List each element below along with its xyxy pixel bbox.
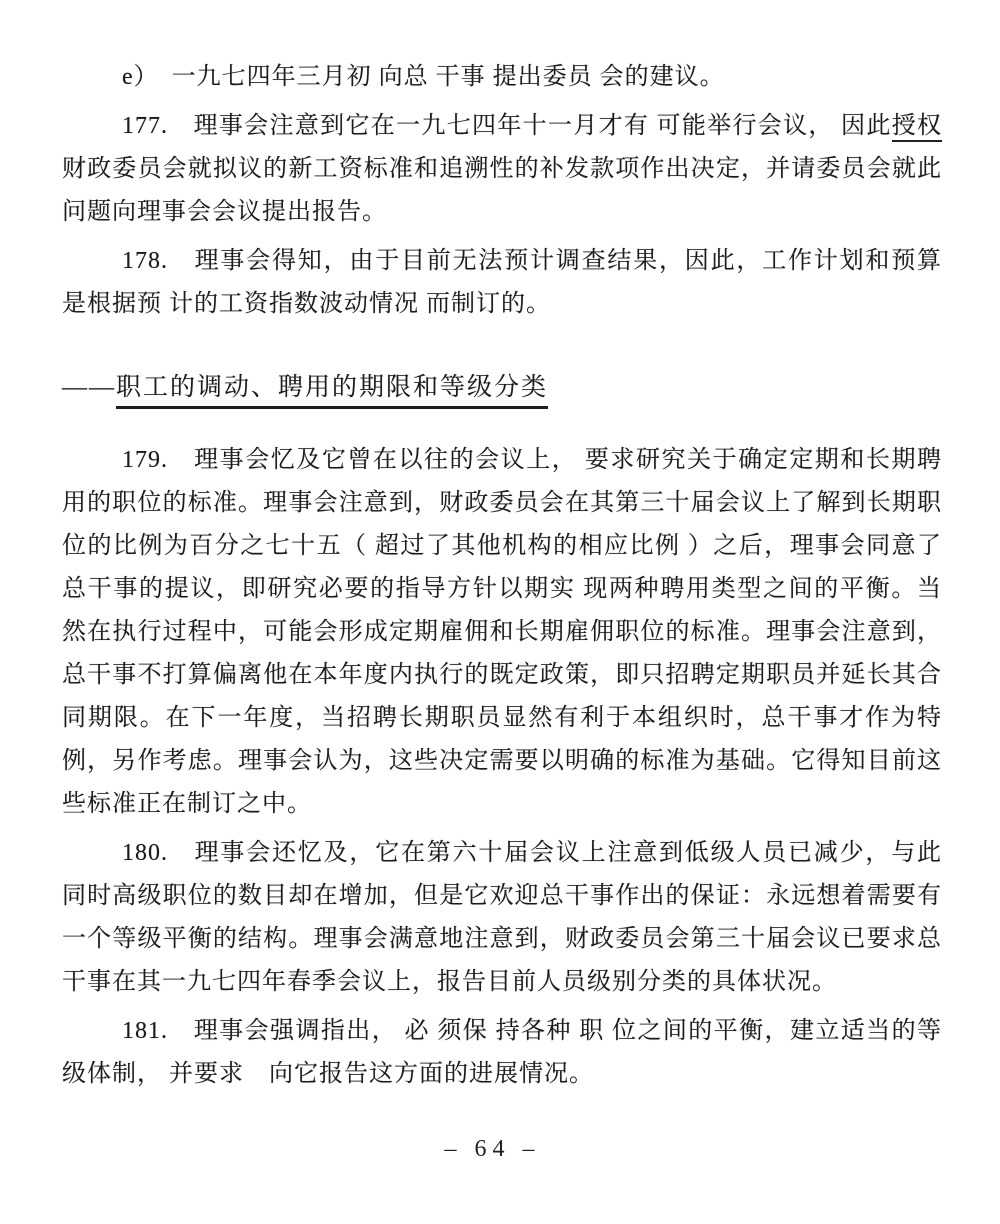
paragraph-177-text-end: 财政委员会就拟议的新工资标准和追溯性的补发款项作出决定，并请委员会就此问题向理事… [62, 156, 942, 225]
paragraph-178-text: 178. 理事会得知，由于目前无法预计调查结果，因此，工作计划和预算是根据预 计… [62, 248, 942, 317]
paragraph-179: 179. 理事会忆及它曾在以往的会议上， 要求研究关于确定定期和长期聘用的职位的… [62, 439, 942, 826]
document-body: e） 一九七四年三月初 向总 干事 提出委员 会的建议。 177. 理事会注意到… [62, 56, 942, 1102]
paragraph-180-text: 180. 理事会还忆及，它在第六十届会议上注意到低级人员已减少，与此同时高级职位… [62, 840, 942, 995]
paragraph-177: 177. 理事会注意到它在一九七四年十一月才有 可能举行会议， 因此授权财政委员… [62, 105, 942, 234]
list-item-e: e） 一九七四年三月初 向总 干事 提出委员 会的建议。 [62, 56, 942, 99]
paragraph-179-text: 179. 理事会忆及它曾在以往的会议上， 要求研究关于确定定期和长期聘用的职位的… [62, 447, 942, 817]
heading-text: 职工的调动、聘用的期限和等级分类 [116, 374, 548, 409]
paragraph-180: 180. 理事会还忆及，它在第六十届会议上注意到低级人员已减少，与此同时高级职位… [62, 832, 942, 1004]
paragraph-177-text-start: 177. 理事会注意到它在一九七四年十一月才有 可能举行会议， 因此 [122, 113, 892, 139]
paragraph-181-text: 181. 理事会强调指出， 必 须保 持各种 职 位之间的平衡，建立适当的等级体… [62, 1018, 942, 1087]
page-number: – 64 – [0, 1136, 985, 1163]
section-heading: ――职工的调动、聘用的期限和等级分类 [62, 366, 942, 409]
document-page: e） 一九七四年三月初 向总 干事 提出委员 会的建议。 177. 理事会注意到… [0, 0, 1000, 1224]
heading-dashes: ―― [62, 374, 116, 401]
underlined-term: 授权 [892, 113, 942, 142]
list-item-e-text: e） 一九七四年三月初 向总 干事 提出委员 会的建议。 [122, 64, 725, 90]
paragraph-178: 178. 理事会得知，由于目前无法预计调查结果，因此，工作计划和预算是根据预 计… [62, 240, 942, 326]
paragraph-181: 181. 理事会强调指出， 必 须保 持各种 职 位之间的平衡，建立适当的等级体… [62, 1010, 942, 1096]
